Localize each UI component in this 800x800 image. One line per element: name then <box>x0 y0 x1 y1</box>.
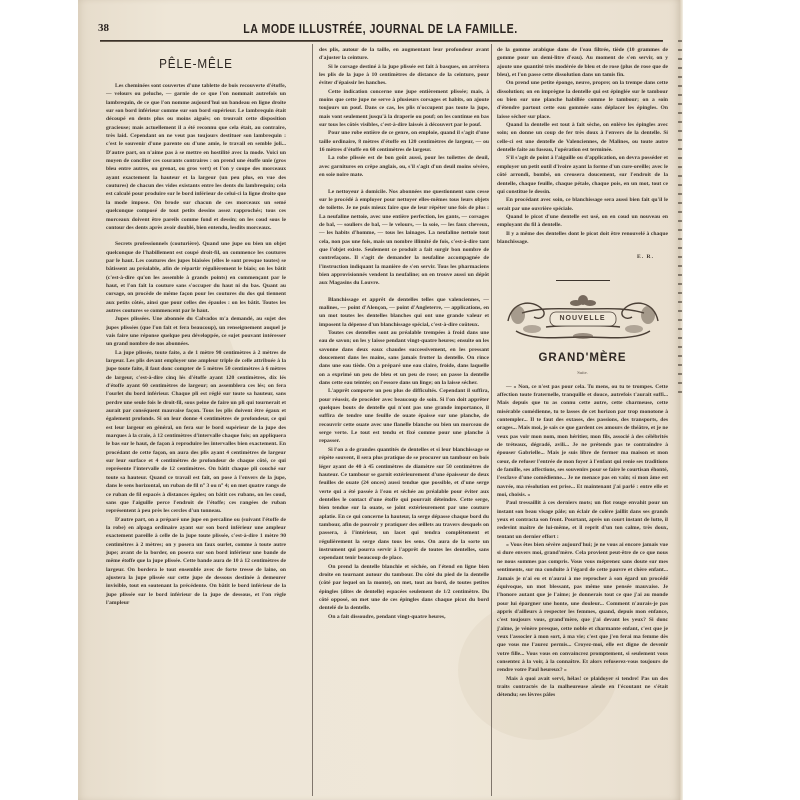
paragraph: Le nettoyeur à domicile. Nos abonnées me… <box>319 188 489 288</box>
spacer <box>319 180 489 188</box>
nouvelle-ornament-banner: NOUVELLE <box>502 291 664 343</box>
paragraph: Blanchissage et apprêt de dentelles tell… <box>319 296 489 329</box>
paragraph: On prend une petite éponge, neuve, propr… <box>497 79 668 121</box>
column-1: PÊLE-MÊLE Les cheminées sont couvertes d… <box>106 46 286 607</box>
paragraph: Si l'on a de grandes quantités de dentel… <box>319 446 489 563</box>
paragraph: Il y a même des dentelles dont le picot … <box>497 230 668 247</box>
paragraph: Cette indication concerne une jupe entiè… <box>319 88 489 130</box>
column-divider <box>312 44 313 796</box>
spacer <box>106 232 286 240</box>
paragraph: Si le corsage destiné à la jupe plissée … <box>319 63 489 88</box>
paragraph: Paul tressaillit à ces derniers mots; un… <box>497 499 668 541</box>
section-title-pele-mele: PÊLE-MÊLE <box>115 56 277 72</box>
paragraph: Secrets professionnels (couturière). Qua… <box>106 240 286 315</box>
paragraph: On prend la dentelle blanchie et séchée,… <box>319 563 489 613</box>
paragraph: La jupe plissée, toute faite, a de 1 mèt… <box>106 349 286 516</box>
paragraph: S'il s'agit de point à l'aiguille ou d'a… <box>497 154 668 196</box>
header-rule <box>100 40 663 41</box>
nouvelle-label: NOUVELLE <box>502 315 664 323</box>
story-subtitle: Suite. <box>497 369 668 377</box>
paragraph: On a fait dissoudre, pendant vingt-quatr… <box>319 613 489 621</box>
paragraph: Quand le picot d'une dentelle est usé, o… <box>497 213 668 230</box>
paragraph: Les cheminées sont couvertes d'une table… <box>106 82 286 232</box>
paragraph: de la gomme arabique dans de l'eau filtr… <box>497 46 668 79</box>
author-signature: E. R. <box>497 253 668 261</box>
paragraph: L'apprêt comporte un peu plus de difficu… <box>319 387 489 445</box>
column-divider <box>491 44 492 796</box>
adjacent-page-text-edge <box>678 40 682 400</box>
journal-title: LA MODE ILLUSTRÉE, JOURNAL DE LA FAMILLE… <box>149 21 612 36</box>
paragraph: Pour une robe entière de ce genre, on em… <box>319 129 489 154</box>
story-title: GRAND'MÈRE <box>497 351 668 365</box>
paragraph: Toutes ces dentelles sont au préalable t… <box>319 329 489 387</box>
page-header: 38 LA MODE ILLUSTRÉE, JOURNAL DE LA FAMI… <box>98 20 663 40</box>
page-number: 38 <box>98 22 109 34</box>
column-2: des plis, autour de la taille, en augmen… <box>319 46 489 621</box>
paragraph: Mais à quoi avait servi, hélas! ce plaid… <box>497 675 668 700</box>
paragraph: La robe plissée est de bon goût aussi, p… <box>319 154 489 179</box>
paragraph: « Vous êtes bien sévère aujourd'hui; je … <box>497 541 668 675</box>
paragraph: En procédant avec soin, ce blanchissage … <box>497 196 668 213</box>
paragraph: des plis, autour de la taille, en augmen… <box>319 46 489 63</box>
section-separator <box>556 280 610 281</box>
spacer <box>319 288 489 296</box>
paragraph: D'autre part, on a préparé une jupe en p… <box>106 516 286 608</box>
paragraph: — « Non, ce n'est pas pour cela. Tu mens… <box>497 383 668 500</box>
paragraph: Quand la dentelle est tout à fait sèche,… <box>497 121 668 154</box>
paragraph: Jupes plissées. Une abonnée du Calvados … <box>106 315 286 348</box>
column-3: de la gomme arabique dans de l'eau filtr… <box>497 46 668 700</box>
newspaper-page: 38 LA MODE ILLUSTRÉE, JOURNAL DE LA FAMI… <box>78 0 680 800</box>
